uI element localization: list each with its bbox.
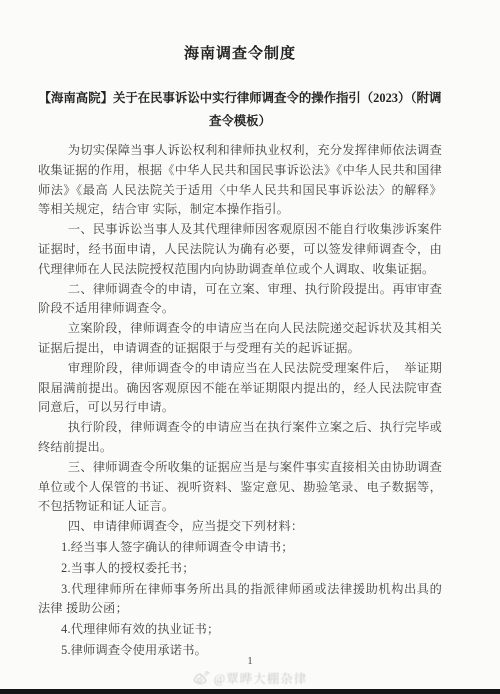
paragraph-item-3: 三、律师调查令所收集的证据应当是与案件事实直接相关由协助调查单位或个人保管的书证… (38, 458, 442, 517)
paragraph-item-2: 二、律师调查令的申请，可在立案、审理、执行阶段提出。再审审查阶段不适用律师调查令… (38, 280, 442, 320)
document-body: 为切实保障当事人诉讼权利和律师执业权利，充分发挥律师依法调查收集证据的作用，根据… (38, 141, 442, 661)
document-subtitle: 【海南高院】关于在民事诉讼中实行律师调查令的操作指引（2023）（附调查令模板） (38, 87, 442, 132)
list-item: 1.经当事人签字确认的律师调查令申请书； (38, 538, 442, 558)
paragraph-item-1: 一、民事诉讼当事人及其代理律师因客观原因不能自行收集涉诉案件证据时，经书面申请，… (38, 220, 442, 279)
list-item: 3.代理律师所在律师事务所出具的指派律师函或法律援助机构出具的法律 援助公函； (38, 580, 442, 620)
paragraph-item-4: 四、申请律师调查令，应当提交下列材料： (38, 517, 442, 537)
list-item: 4.代理律师有效的执业证书； (38, 620, 442, 640)
paragraph-trial: 审理阶段，律师调查令的申请应当在人民法院受理案件后， 举证期限届满前提出。确因客… (38, 359, 442, 418)
document-content: 海南调查令制度 【海南高院】关于在民事诉讼中实行律师调查令的操作指引（2023）… (0, 0, 500, 661)
bottom-bar (0, 689, 500, 694)
paragraph-execution: 执行阶段，律师调查令的申请应当在执行案件立案之后、执行完毕或终结前提出。 (38, 418, 442, 458)
paragraph-filing: 立案阶段，律师调查令的申请应当在向人民法院递交起诉状及其相关证据后提出，申请调查… (38, 319, 442, 359)
page-title: 海南调查令制度 (38, 42, 442, 63)
paragraph-intro: 为切实保障当事人诉讼权利和律师执业权利，充分发挥律师依法调查收集证据的作用，根据… (38, 141, 442, 220)
list-item: 2.当事人的授权委托书； (38, 559, 442, 579)
weibo-icon (193, 671, 210, 685)
document-page: 海南调查令制度 【海南高院】关于在民事诉讼中实行律师调查令的操作指引（2023）… (0, 0, 500, 694)
watermark: @覃晔大棚杂律 (0, 669, 500, 687)
page-number: 1 (0, 655, 500, 667)
materials-list: 1.经当事人签字确认的律师调查令申请书； 2.当事人的授权委托书； 3.代理律师… (38, 538, 442, 661)
watermark-text: @覃晔大棚杂律 (214, 669, 308, 687)
